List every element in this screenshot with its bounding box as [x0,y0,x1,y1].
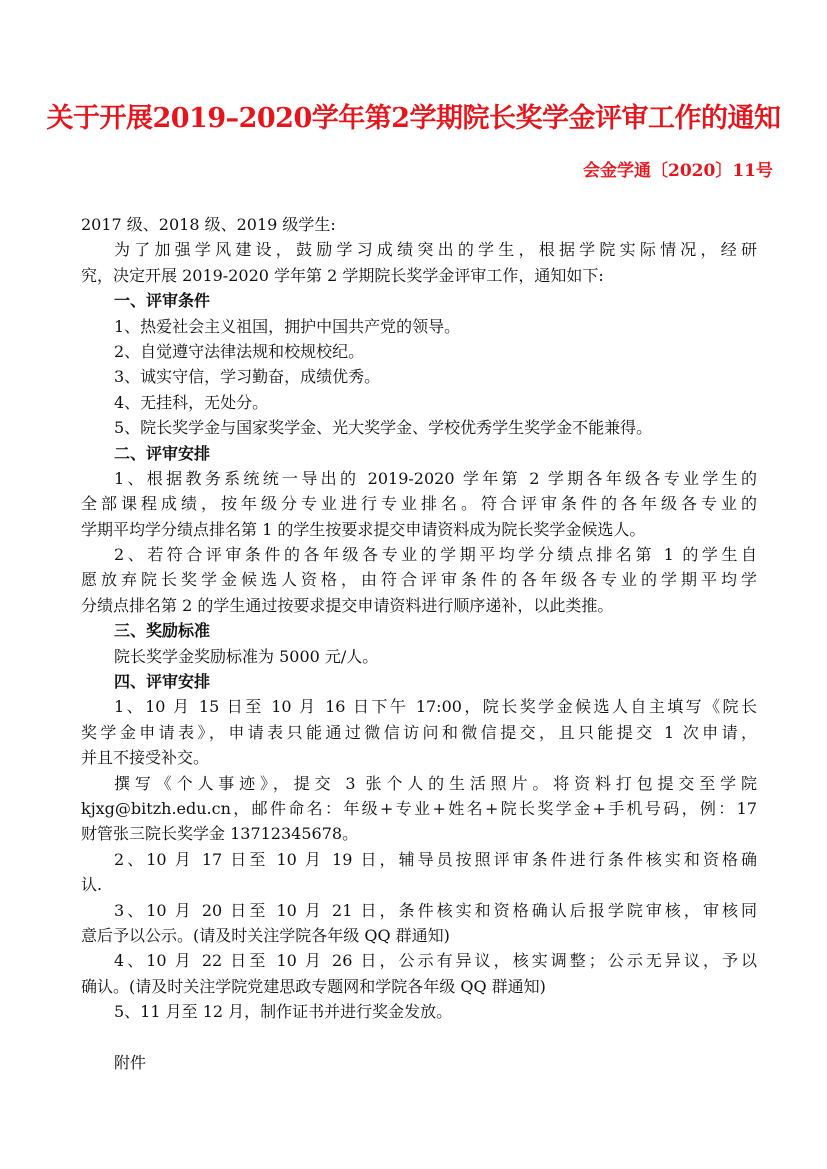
section-heading-schedule: 四、评审安排 [81,669,757,694]
paragraph-line: 并且不接受补交。 [81,745,757,770]
attachment-label: 附件 [81,1050,757,1075]
paragraph-line: 认. [81,872,757,897]
paragraph-line: 意后予以公示。(请及时关注学院各年级 QQ 群通知) [81,923,757,948]
document-number: 会金学通〔2020〕11号 [583,156,773,181]
document-body: 2017 级、2018 级、2019 级学生: 为了加强学风建设，鼓励学习成绩突… [81,212,757,1075]
section-heading-reward: 三、奖励标准 [81,618,757,643]
criteria-item: 5、院长奖学金与国家奖学金、光大奖学金、学校优秀学生奖学金不能兼得。 [81,415,757,440]
paragraph-line: 全部课程成绩，按年级分专业进行专业排名。符合评审条件的各年级各专业的 [81,491,757,516]
criteria-item: 1、热爱社会主义祖国，拥护中国共产党的领导。 [81,314,757,339]
section-heading-arrangement: 二、评审安排 [81,441,757,466]
paragraph-line: 奖学金申请表》，申请表只能通过微信访问和微信提交，且只能提交 1 次申请， [81,720,757,745]
paragraph-line: 确认。(请及时关注学院党建思政专题网和学院各年级 QQ 群通知) [81,974,757,999]
paragraph-line: 3、10 月 20 日至 10 月 21 日，条件核实和资格确认后报学院审核，审… [81,898,757,923]
paragraph-line: 2、若符合评审条件的各年级各专业的学期平均学分绩点排名第 1 的学生自 [81,542,757,567]
intro-line: 为了加强学风建设，鼓励学习成绩突出的学生，根据学院实际情况，经研 [81,237,757,262]
paragraph-line: 分绩点排名第 2 的学生通过按要求提交申请资料进行顺序递补，以此类推。 [81,593,757,618]
paragraph-line: 2、10 月 17 日至 10 月 19 日，辅导员按照评审条件进行条件核实和资… [81,847,757,872]
section-heading-criteria: 一、评审条件 [81,288,757,313]
paragraph-line: 5、11 月至 12 月，制作证书并进行奖金发放。 [81,999,757,1024]
paragraph-line: 4、10 月 22 日至 10 月 26 日，公示有异议，核实调整；公示无异议，… [81,948,757,973]
paragraph-line-email: kjxg@bitzh.edu.cn，邮件命名：年级+专业+姓名+院长奖学金+手机… [81,796,757,821]
spacer [81,1025,757,1050]
intro-line: 究，决定开展 2019-2020 学年第 2 学期院长奖学金评审工作，通知如下: [81,263,757,288]
criteria-item: 2、自觉遵守法律法规和校规校纪。 [81,339,757,364]
paragraph-line: 学期平均学分绩点排名第 1 的学生按要求提交申请资料成为院长奖学金候选人。 [81,517,757,542]
paragraph-line: 财管张三院长奖学金 13712345678。 [81,821,757,846]
paragraph-line: 1、根据教务系统统一导出的 2019-2020 学年第 2 学期各年级各专业学生… [81,466,757,491]
document-title: 关于开展2019–2020学年第2学期院长奖学金评审工作的通知 [0,96,827,135]
paragraph-line: 愿放弃院长奖学金候选人资格，由符合评审条件的各年级各专业的学期平均学 [81,567,757,592]
criteria-item: 3、诚实守信，学习勤奋，成绩优秀。 [81,364,757,389]
addressee: 2017 级、2018 级、2019 级学生: [81,212,757,237]
reward-text: 院长奖学金奖励标准为 5000 元/人。 [81,644,757,669]
paragraph-line: 1、10 月 15 日至 10 月 16 日下午 17:00，院长奖学金候选人自… [81,694,757,719]
paragraph-line: 撰写《个人事迹》，提交 3 张个人的生活照片。将资料打包提交至学院 [81,771,757,796]
criteria-item: 4、无挂科，无处分。 [81,390,757,415]
